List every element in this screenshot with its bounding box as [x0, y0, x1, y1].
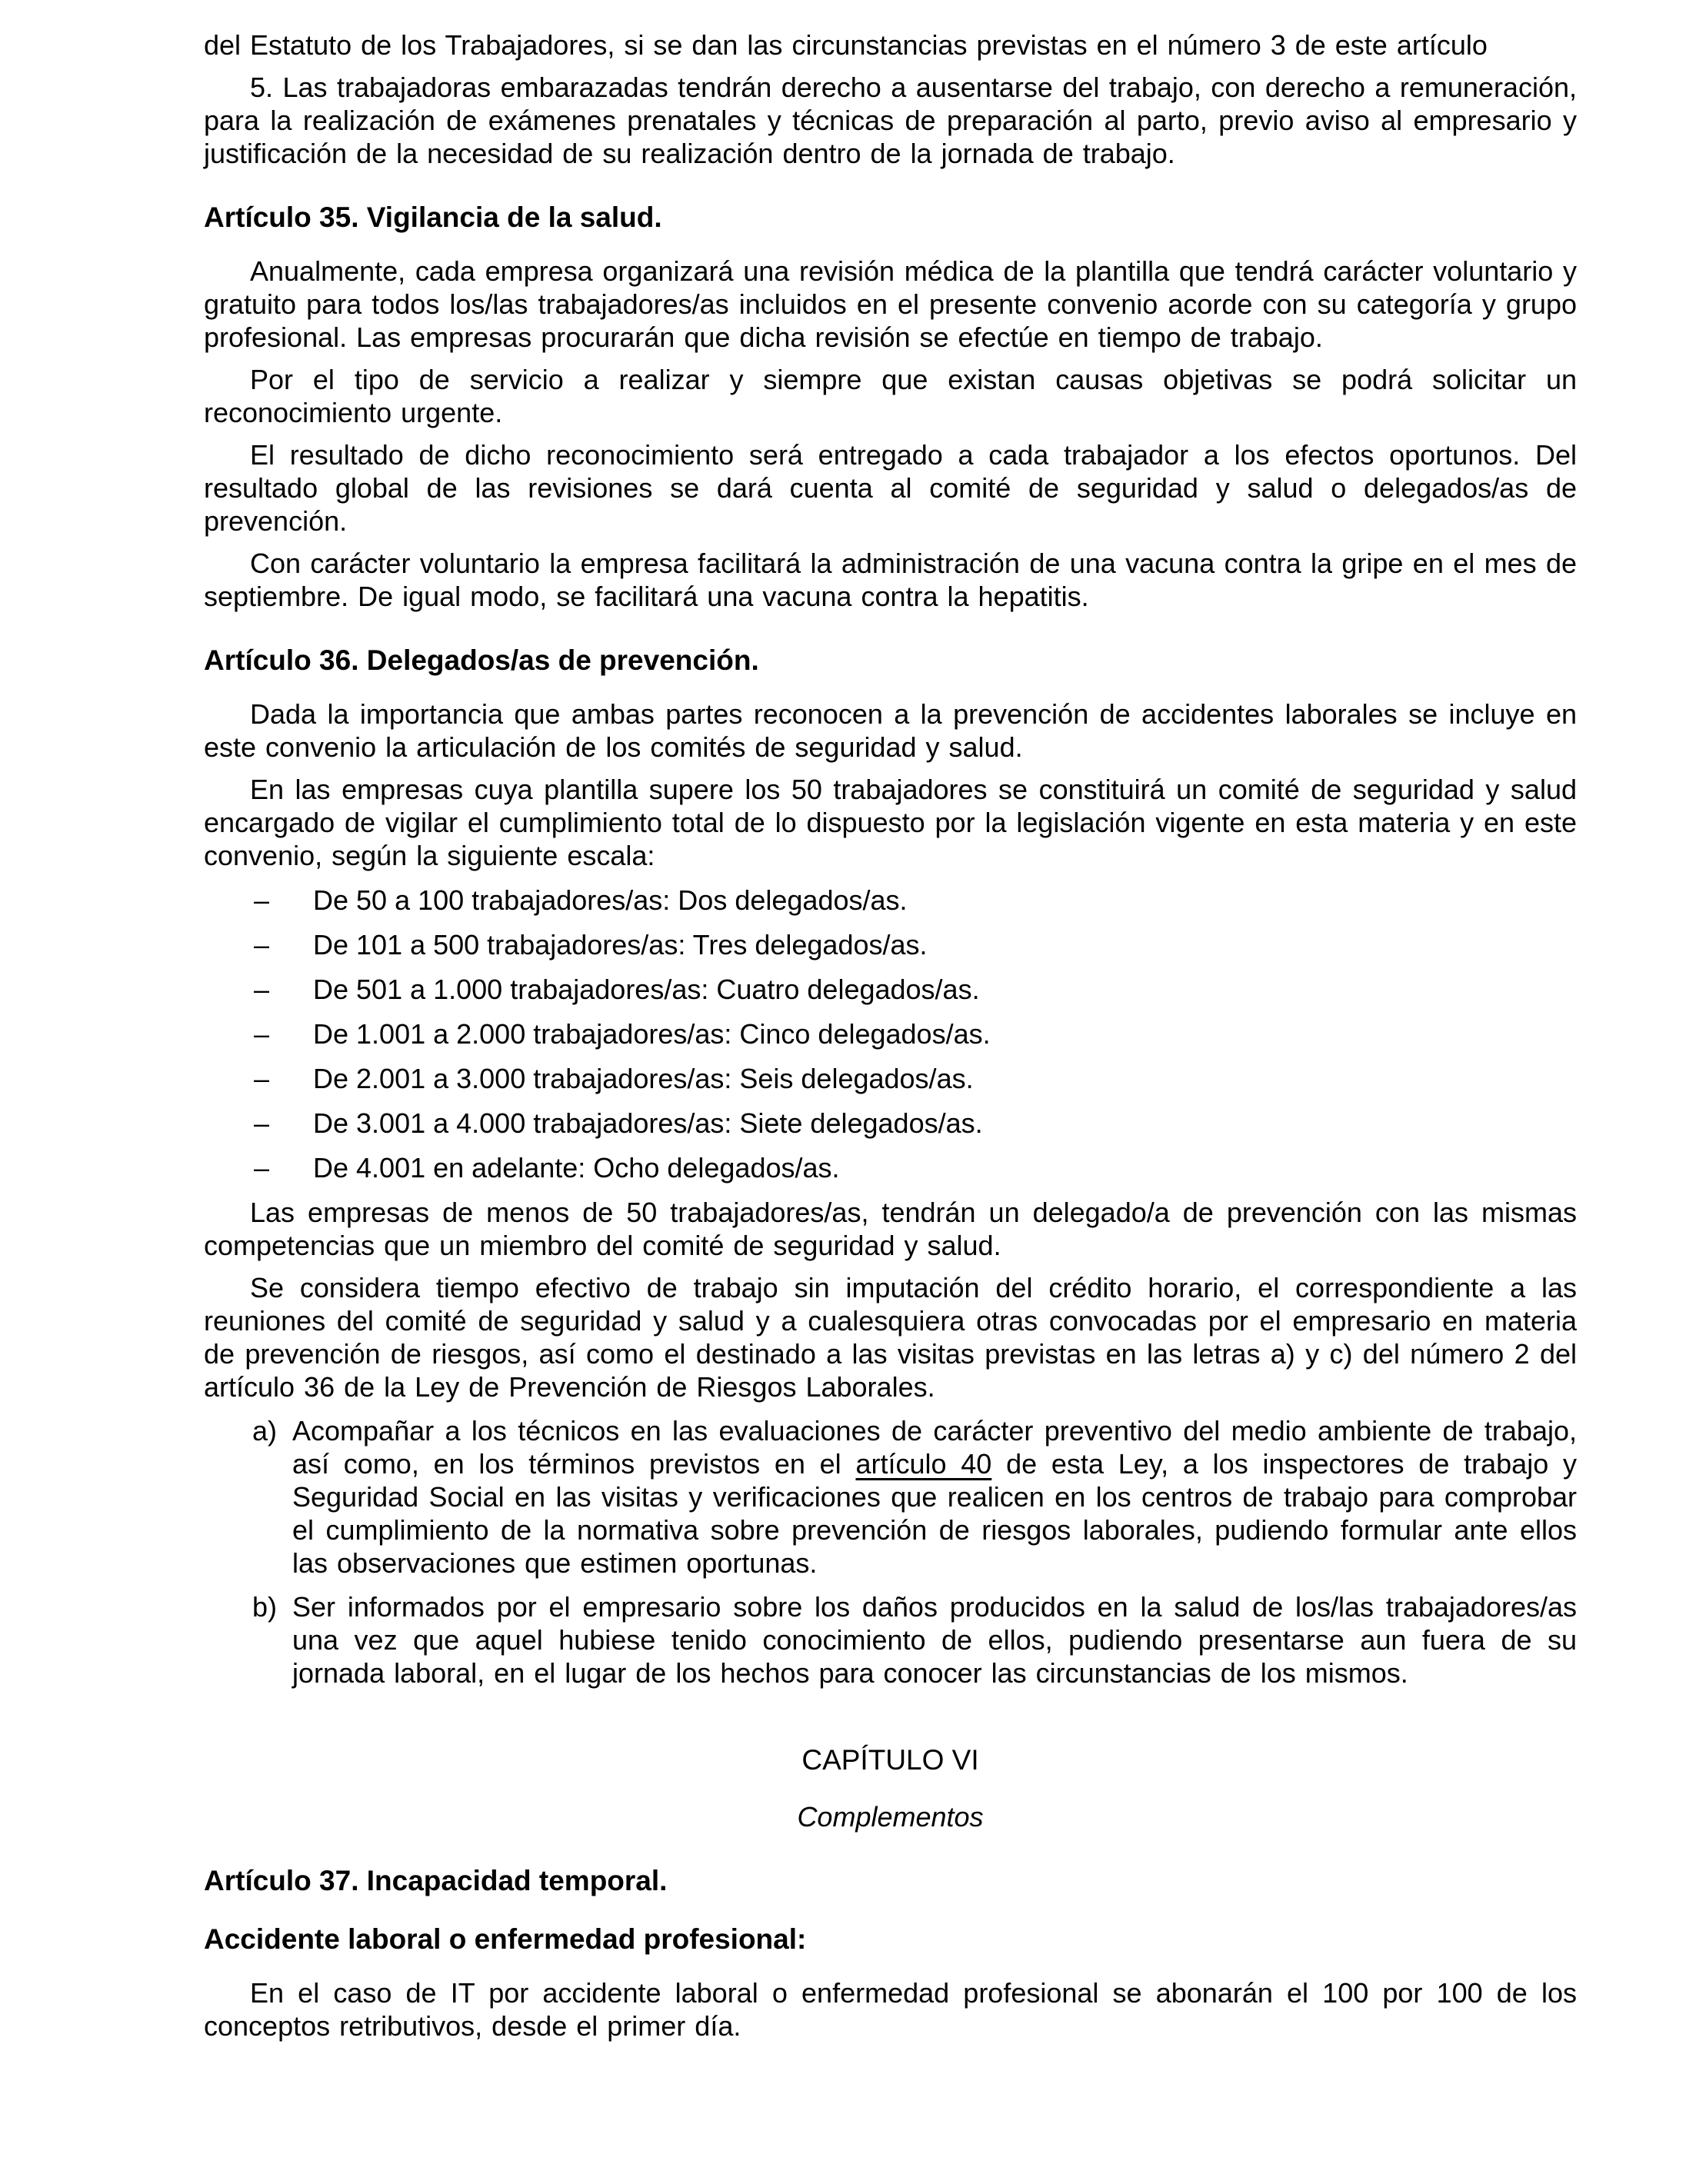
article-36-heading: Artículo 36. Delegados/as de prevención.: [204, 644, 1577, 678]
paragraph-5: 5. Las trabajadoras embarazadas tendrán …: [204, 71, 1577, 170]
dash-bullet: –: [254, 928, 269, 961]
article-35-paragraph-2: Por el tipo de servicio a realizar y sie…: [204, 363, 1577, 429]
item-a-text: Acompañar a los técnicos en las evaluaci…: [292, 1415, 1577, 1579]
article-35-paragraph-4: Con carácter voluntario la empresa facil…: [204, 547, 1577, 613]
document-page: del Estatuto de los Trabajadores, si se …: [0, 0, 1686, 2184]
lettered-item-b: b) Ser informados por el empresario sobr…: [204, 1590, 1577, 1690]
dash-bullet: –: [254, 884, 269, 917]
article-36-paragraph-2: En las empresas cuya plantilla supere lo…: [204, 773, 1577, 872]
paragraph-continuation: del Estatuto de los Trabajadores, si se …: [204, 28, 1577, 62]
list-item: – De 4.001 en adelante: Ocho delegados/a…: [204, 1151, 1577, 1184]
list-item-text: De 4.001 en adelante: Ocho delegados/as.: [313, 1152, 840, 1184]
list-item: – De 3.001 a 4.000 trabajadores/as: Siet…: [204, 1107, 1577, 1140]
article-37-subheading: Accidente laboral o enfermedad profesion…: [204, 1923, 1577, 1956]
list-item: – De 50 a 100 trabajadores/as: Dos deleg…: [204, 884, 1577, 917]
article-37-paragraph-1: En el caso de IT por accidente laboral o…: [204, 1976, 1577, 2043]
list-item-text: De 501 a 1.000 trabajadores/as: Cuatro d…: [313, 974, 980, 1005]
list-item: – De 501 a 1.000 trabajadores/as: Cuatro…: [204, 973, 1577, 1006]
article-36-paragraph-1: Dada la importancia que ambas partes rec…: [204, 697, 1577, 764]
item-b-label: b): [252, 1590, 277, 1623]
article-36-paragraph-4: Se considera tiempo efectivo de trabajo …: [204, 1271, 1577, 1403]
list-item-text: De 101 a 500 trabajadores/as: Tres deleg…: [313, 929, 928, 960]
dash-bullet: –: [254, 1062, 269, 1095]
list-item-text: De 50 a 100 trabajadores/as: Dos delegad…: [313, 884, 908, 916]
article-37-heading: Artículo 37. Incapacidad temporal.: [204, 1864, 1577, 1898]
list-item: – De 2.001 a 3.000 trabajadores/as: Seis…: [204, 1062, 1577, 1095]
list-item-text: De 1.001 a 2.000 trabajadores/as: Cinco …: [313, 1018, 991, 1050]
article-35-heading: Artículo 35. Vigilancia de la salud.: [204, 201, 1577, 235]
delegates-scale-list: – De 50 a 100 trabajadores/as: Dos deleg…: [204, 884, 1577, 1184]
item-a-label: a): [252, 1414, 277, 1447]
item-b-text: Ser informados por el empresario sobre l…: [292, 1591, 1577, 1689]
list-item: – De 1.001 a 2.000 trabajadores/as: Cinc…: [204, 1017, 1577, 1050]
chapter-title: CAPÍTULO VI: [204, 1743, 1577, 1777]
dash-bullet: –: [254, 1151, 269, 1184]
article-36-paragraph-3: Las empresas de menos de 50 trabajadores…: [204, 1196, 1577, 1262]
article-35-paragraph-1: Anualmente, cada empresa organizará una …: [204, 255, 1577, 354]
list-item: – De 101 a 500 trabajadores/as: Tres del…: [204, 928, 1577, 961]
article-35-paragraph-3: El resultado de dicho reconocimiento ser…: [204, 438, 1577, 538]
list-item-text: De 3.001 a 4.000 trabajadores/as: Siete …: [313, 1107, 983, 1139]
chapter-subtitle: Complementos: [204, 1800, 1577, 1833]
list-item-text: De 2.001 a 3.000 trabajadores/as: Seis d…: [313, 1063, 974, 1094]
dash-bullet: –: [254, 1107, 269, 1140]
underlined-reference-articulo-40: artículo 40: [855, 1448, 991, 1480]
dash-bullet: –: [254, 1017, 269, 1050]
lettered-item-a: a) Acompañar a los técnicos en las evalu…: [204, 1414, 1577, 1580]
dash-bullet: –: [254, 973, 269, 1006]
